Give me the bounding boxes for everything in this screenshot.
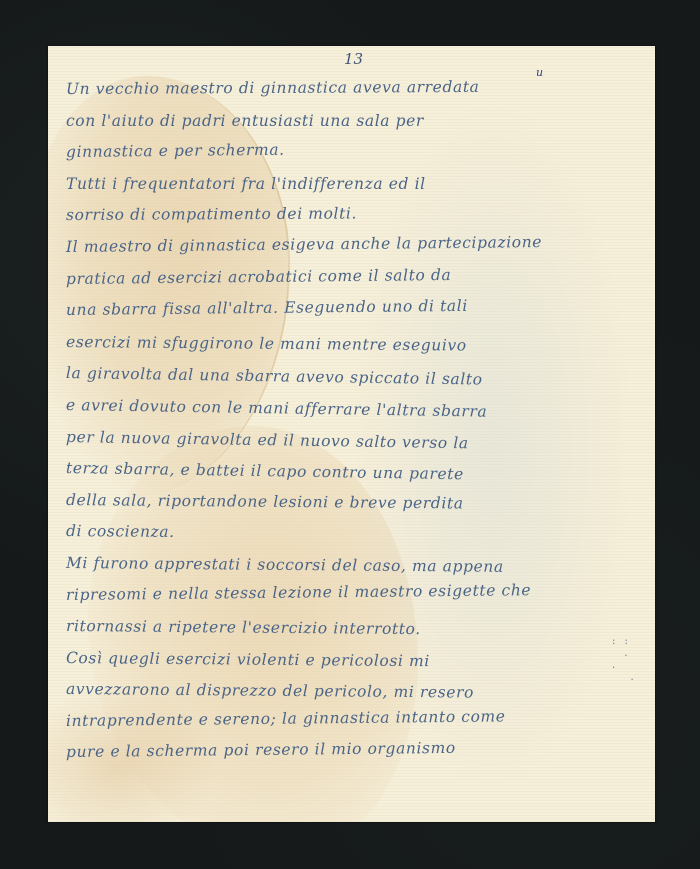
manuscript-line: Un vecchio maestro di ginnastica aveva a… (66, 71, 646, 106)
manuscript-line: pure e la scherma poi resero il mio orga… (66, 731, 646, 769)
manuscript-line: ritornassi a ripetere l'esercizio interr… (66, 611, 646, 648)
manuscript-line: esercizi mi sfuggirono le mani mentre es… (66, 327, 646, 364)
manuscript-line: una sbarra fissa all'altra. Eseguendo un… (66, 289, 646, 327)
margin-marks: : : . . . (612, 636, 637, 684)
manuscript-text: Un vecchio maestro di ginnastica aveva a… (66, 74, 646, 769)
manuscript-line: Tutti i frequentatori fra l'indifferenza… (66, 169, 646, 201)
page-number: 13 (344, 50, 363, 68)
manuscript-line: di coscienza. (66, 516, 646, 553)
manuscript-line: ripresomi e nella stessa lezione il maes… (66, 573, 646, 611)
manuscript-line: ginnastica e per scherma. (66, 131, 646, 169)
manuscript-sheet: 13 u Un vecchio maestro di ginnastica av… (48, 46, 655, 822)
